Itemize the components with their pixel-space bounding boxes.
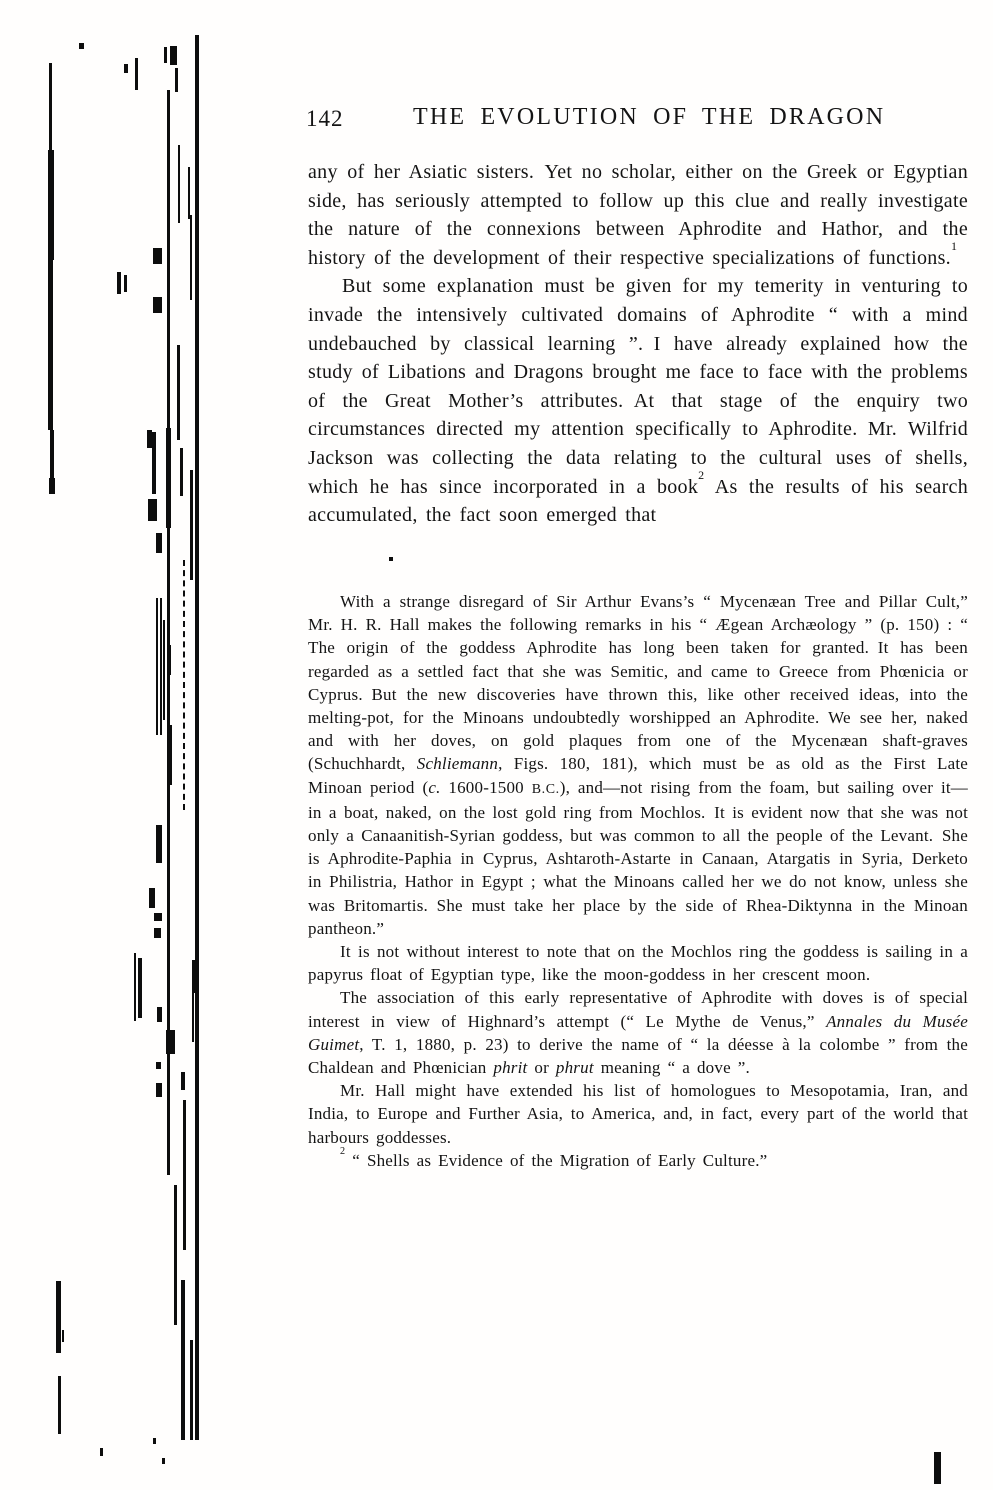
scan-artifact-mark: [58, 1376, 61, 1434]
scan-artifact-mark: [195, 35, 199, 1440]
scan-artifact-mark: [162, 1458, 165, 1464]
body-text: any of her Asiatic sisters. Yet no schol…: [308, 158, 968, 530]
scan-artifact-mark: [168, 725, 172, 785]
scan-artifact-mark: [190, 470, 193, 580]
scan-artifact-mark: [163, 620, 165, 720]
scan-artifact-mark: [100, 1448, 103, 1456]
scan-artifact-mark: [389, 557, 393, 561]
scan-artifact-mark: [177, 345, 180, 440]
running-title: THE EVOLUTION OF THE DRAGON: [413, 104, 885, 131]
scan-artifact-mark: [157, 1007, 162, 1022]
scan-artifact-mark: [153, 1438, 156, 1444]
scan-artifact-mark: [138, 958, 142, 1018]
scan-artifact-mark: [49, 478, 55, 494]
scan-artifact-mark: [124, 64, 128, 73]
scan-artifact-mark: [117, 272, 121, 294]
scan-artifact-mark: [175, 68, 178, 92]
scan-artifact-mark: [156, 1083, 162, 1097]
scan-artifact-mark: [934, 1452, 941, 1484]
footnote-paragraph: The association of this early representa…: [308, 986, 968, 1079]
scan-artifact-mark: [79, 43, 84, 49]
scan-artifact-mark: [166, 1030, 175, 1054]
scan-artifact-mark: [156, 1062, 161, 1069]
scan-artifact-mark: [180, 448, 183, 496]
scan-artifact-mark: [183, 560, 185, 810]
body-paragraph: any of her Asiatic sisters. Yet no schol…: [308, 158, 968, 272]
scan-artifact-mark: [181, 1280, 185, 1440]
scan-artifact-mark: [174, 1185, 177, 1325]
scan-artifact-mark: [48, 150, 54, 260]
footnote-paragraph: With a strange disregard of Sir Arthur E…: [308, 590, 968, 940]
scan-artifact-mark: [156, 533, 162, 553]
scan-artifact-mark: [48, 260, 53, 430]
scan-artifact-mark: [153, 248, 162, 264]
scan-artifact-mark: [152, 432, 156, 494]
scan-artifact-mark: [154, 928, 161, 938]
scan-artifact-mark: [164, 47, 167, 63]
footnote-paragraph: 2 “ Shells as Evidence of the Migration …: [308, 1149, 968, 1172]
scan-artifact-mark: [156, 825, 162, 863]
body-paragraph: But some explanation must be given for m…: [308, 272, 968, 529]
scan-artifact-mark: [124, 275, 127, 292]
scan-artifact-mark: [167, 645, 171, 675]
scan-artifact-mark: [50, 430, 54, 478]
scan-artifact-mark: [192, 960, 197, 993]
scan-artifact-mark: [181, 1072, 185, 1090]
scan-artifact-mark: [188, 167, 190, 219]
page-number: 142: [306, 106, 344, 132]
scan-artifact-mark: [160, 598, 162, 735]
scan-artifact-mark: [167, 90, 170, 1175]
scan-artifact-mark: [49, 63, 52, 150]
scan-artifact-mark: [170, 46, 177, 65]
scan-artifact-mark: [135, 58, 138, 90]
scan-artifact-mark: [183, 1100, 186, 1250]
footnote-paragraph: It is not without interest to note that …: [308, 940, 968, 986]
scan-artifact-mark: [62, 1330, 64, 1342]
scan-artifact-mark: [154, 913, 162, 921]
scan-artifact-mark: [148, 499, 157, 521]
scan-artifact-mark: [190, 1340, 193, 1440]
scan-artifact-mark: [56, 1281, 61, 1353]
scan-artifact-mark: [166, 428, 171, 528]
footnotes: With a strange disregard of Sir Arthur E…: [308, 590, 968, 1172]
scan-artifact-mark: [149, 888, 155, 908]
scan-artifact-mark: [134, 953, 136, 1021]
scan-artifact-mark: [192, 992, 194, 1042]
book-page: 142 THE EVOLUTION OF THE DRAGON any of h…: [0, 0, 993, 1490]
scan-artifact-mark: [153, 297, 162, 313]
footnote-paragraph: Mr. Hall might have extended his list of…: [308, 1079, 968, 1149]
scan-artifact-mark: [156, 598, 158, 735]
scan-artifact-mark: [190, 215, 192, 300]
scan-artifact-mark: [178, 145, 180, 223]
